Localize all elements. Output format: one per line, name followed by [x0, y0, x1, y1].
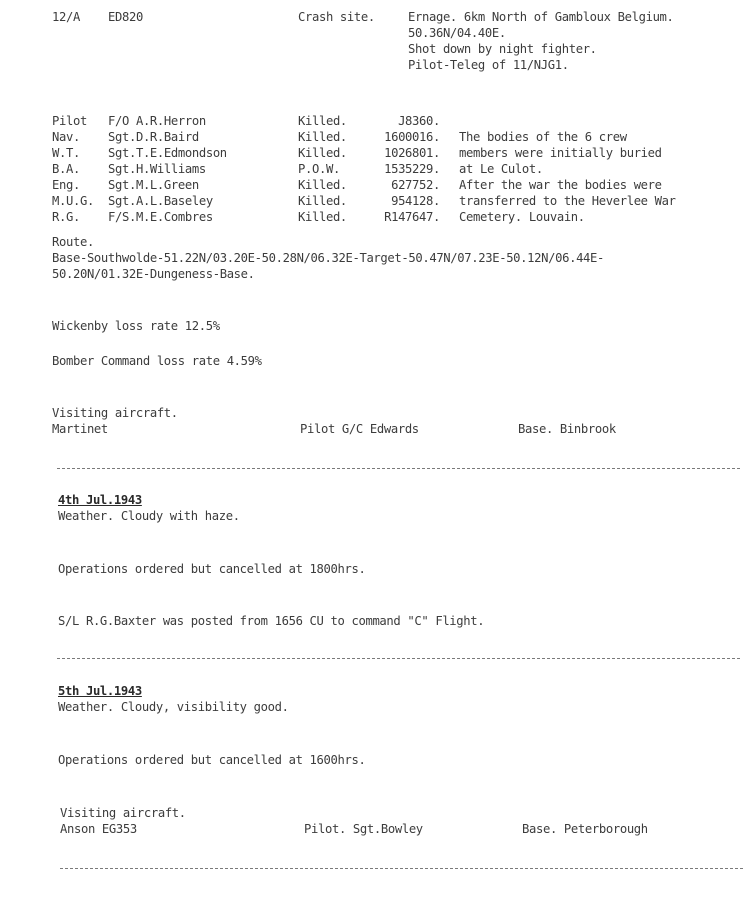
crew-service-number: 1600016.	[372, 129, 440, 145]
divider-rule	[60, 868, 743, 869]
crew-name: Sgt.H.Williams	[108, 161, 206, 177]
crew-note: transferred to the Heverlee War	[459, 193, 676, 209]
crew-name: F/S.M.E.Combres	[108, 209, 213, 225]
crew-service-number: J8360.	[372, 113, 440, 129]
crew-role: Eng.	[52, 177, 80, 193]
visiting-base: Base. Peterborough	[522, 821, 648, 837]
crew-service-number: 954128.	[372, 193, 440, 209]
crew-note: The bodies of the 6 crew	[459, 129, 627, 145]
aircraft-serial: ED820	[108, 9, 143, 25]
visiting-aircraft-type: Anson EG353	[60, 821, 137, 837]
day-note: S/L R.G.Baxter was posted from 1656 CU t…	[58, 613, 484, 629]
visiting-pilot: Pilot G/C Edwards	[300, 421, 419, 437]
divider-rule	[57, 468, 740, 469]
crew-note: members were initially buried	[459, 145, 662, 161]
crew-status: Killed.	[298, 145, 347, 161]
route-label: Route.	[52, 234, 94, 250]
day-operations: Operations ordered but cancelled at 1600…	[58, 752, 365, 768]
crew-name: Sgt.M.L.Green	[108, 177, 199, 193]
crew-role: Pilot	[52, 113, 87, 129]
crew-service-number: 1535229.	[372, 161, 440, 177]
wickenby-loss-rate: Wickenby loss rate 12.5%	[52, 318, 220, 334]
crew-role: W.T.	[52, 145, 80, 161]
bomber-command-loss-rate: Bomber Command loss rate 4.59%	[52, 353, 262, 369]
visiting-aircraft-type: Martinet	[52, 421, 108, 437]
crew-note: After the war the bodies were	[459, 177, 662, 193]
crew-name: Sgt.T.E.Edmondson	[108, 145, 227, 161]
crew-service-number: R147647.	[372, 209, 440, 225]
visiting-aircraft-label: Visiting aircraft.	[60, 805, 186, 821]
day-weather: Weather. Cloudy with haze.	[58, 508, 240, 524]
crew-note: Cemetery. Louvain.	[459, 209, 585, 225]
crew-service-number: 627752.	[372, 177, 440, 193]
crew-status: P.O.W.	[298, 161, 340, 177]
crew-status: Killed.	[298, 129, 347, 145]
crew-role: R.G.	[52, 209, 80, 225]
crash-location: Ernage. 6km North of Gambloux Belgium.	[408, 9, 674, 25]
day-date: 4th Jul.1943	[58, 492, 142, 508]
crew-name: F/O A.R.Herron	[108, 113, 206, 129]
route-line-1: Base-Southwolde-51.22N/03.20E-50.28N/06.…	[52, 250, 604, 266]
entry-serial: 12/A	[52, 9, 80, 25]
crash-site-label: Crash site.	[298, 9, 375, 25]
visiting-pilot: Pilot. Sgt.Bowley	[304, 821, 423, 837]
crew-role: B.A.	[52, 161, 80, 177]
day-weather: Weather. Cloudy, visibility good.	[58, 699, 289, 715]
visiting-aircraft-label: Visiting aircraft.	[52, 405, 178, 421]
crew-status: Killed.	[298, 177, 347, 193]
crash-coordinates: 50.36N/04.40E.	[408, 25, 506, 41]
crew-note: at Le Culot.	[459, 161, 543, 177]
day-date: 5th Jul.1943	[58, 683, 142, 699]
crew-service-number: 1026801.	[372, 145, 440, 161]
crew-status: Killed.	[298, 113, 347, 129]
crew-status: Killed.	[298, 193, 347, 209]
visiting-base: Base. Binbrook	[518, 421, 616, 437]
route-line-2: 50.20N/01.32E-Dungeness-Base.	[52, 266, 255, 282]
crew-name: Sgt.D.R.Baird	[108, 129, 199, 145]
crash-claim: Pilot-Teleg of 11/NJG1.	[408, 57, 569, 73]
crew-status: Killed.	[298, 209, 347, 225]
day-operations: Operations ordered but cancelled at 1800…	[58, 561, 365, 577]
crew-role: Nav.	[52, 129, 80, 145]
crew-name: Sgt.A.L.Baseley	[108, 193, 213, 209]
crash-cause: Shot down by night fighter.	[408, 41, 597, 57]
crew-role: M.U.G.	[52, 193, 94, 209]
divider-rule	[57, 658, 740, 659]
